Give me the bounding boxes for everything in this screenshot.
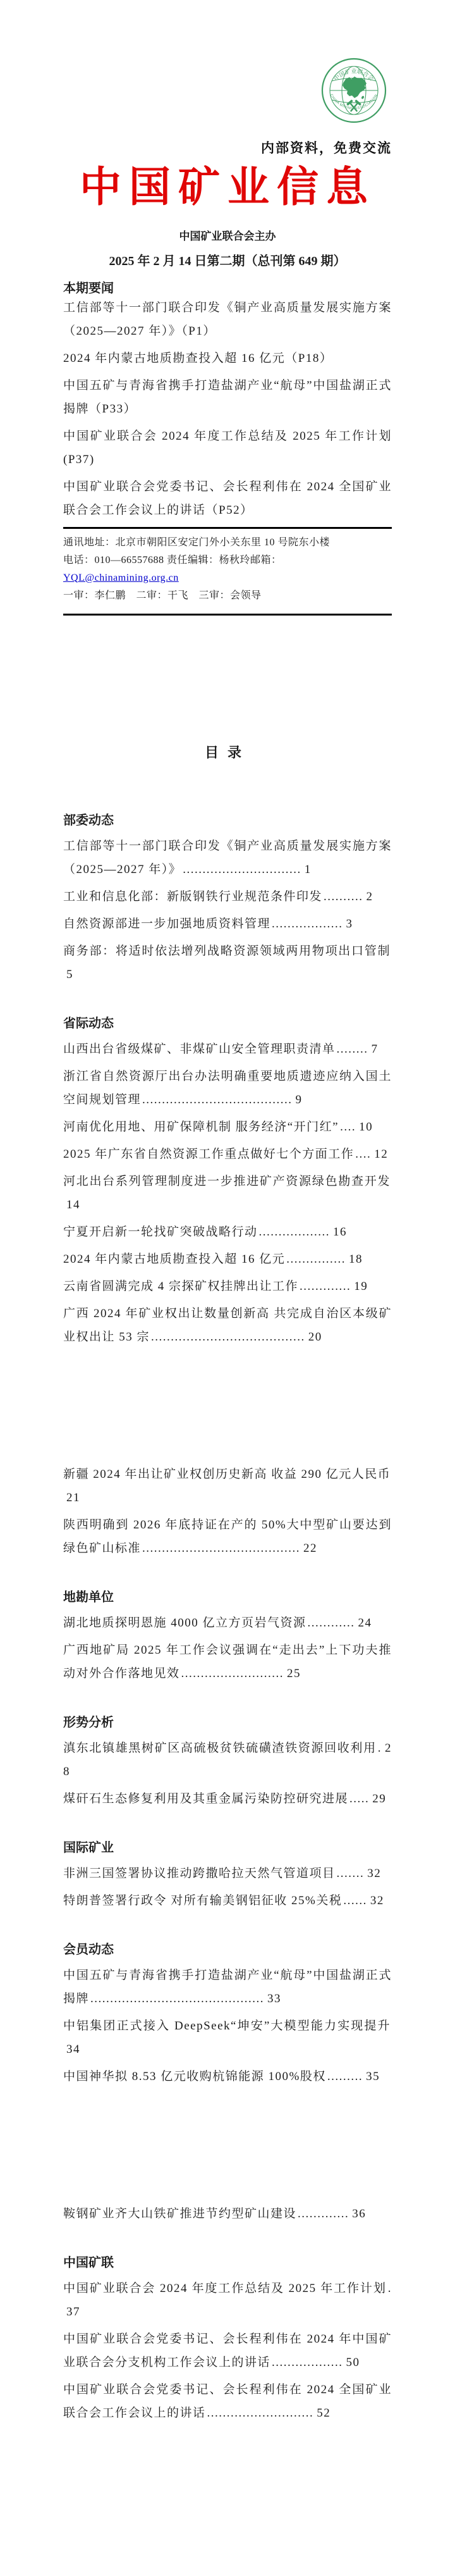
toc-section: 会员动态中国五矿与青海省携手打造盐湖产业“航母”中国盐湖正式揭牌........…: [63, 1939, 392, 2226]
china-map-shape: [343, 77, 367, 98]
toc-entry-dots: .............: [296, 2207, 349, 2220]
contact-box: 通讯地址：北京市朝阳区安定门外小关东里 10 号院东小楼 电话：010—6655…: [63, 527, 392, 616]
toc-section-heading: 形势分析: [63, 1712, 392, 1730]
toc-entry-page: 9: [293, 1093, 303, 1106]
toc-entry: 2025 年广东省自然资源工作重点做好七个方面工作....12: [63, 1142, 392, 1166]
toc-entry-dots: ..................: [270, 917, 343, 931]
toc-entry-title: 中铝集团正式接入 DeepSeek“坤安”大模型能力实现提升: [63, 2019, 391, 2033]
toc-entry-page: 5: [63, 968, 73, 981]
toc-entry-page: 12: [371, 1148, 388, 1161]
internal-note: 内部资料，免费交流: [63, 138, 392, 157]
toc-entry: 河北出台系列管理制度进一步推进矿产资源绿色勘查开发14: [63, 1170, 392, 1217]
toc-section: 形势分析滇东北镇雄黑树矿区高硫极贫铁硫磺渣铁资源回收利用.28煤矸石生态修复利用…: [63, 1712, 392, 1811]
toc-section-heading: 会员动态: [63, 1939, 392, 1957]
toc-entry-dots: .: [377, 1742, 382, 1755]
toc-entry-dots: ..........: [322, 890, 363, 903]
toc-entry-page: 33: [264, 1992, 281, 2005]
highlight-item: 工信部等十一部门联合印发《铜产业高质量发展实施方案（2025—2027 年）》（…: [63, 296, 392, 343]
toc-entry-dots: ..................: [258, 1225, 331, 1239]
toc-entry-dots: [391, 1175, 392, 1188]
toc-entry-dots: .....: [348, 1792, 369, 1805]
toc-entry-page: 16: [330, 1225, 347, 1239]
toc-section: 省际动态山西出台省级煤矿、非煤矿山安全管理职责清单........7浙江省自然资…: [63, 1013, 392, 1560]
toc-entry-dots: ..........................: [180, 1667, 284, 1680]
toc-entry-title: 湖北地质探明恩施 4000 亿立方页岩气资源: [63, 1616, 306, 1630]
toc-entry-dots: ......................................: [141, 1093, 293, 1106]
toc-entry-page: 29: [369, 1792, 386, 1805]
toc-entry-page: 2: [363, 890, 373, 903]
toc-section: 部委动态工信部等十一部门联合印发《铜产业高质量发展实施方案（2025—2027 …: [63, 810, 392, 986]
toc-entry: 广西地矿局 2025 年工作会议强调在“走出去”上下功夫推动对外合作落地见效..…: [63, 1638, 392, 1685]
toc-entry-dots: [391, 1468, 392, 1481]
toc-entry-title: 工业和信息化部：新版钢铁行业规范条件印发: [63, 890, 322, 903]
highlights-heading: 本期要闻: [63, 278, 392, 296]
toc-entry: 陕西明确到 2026 年底持证在产的 50%大中型矿山要达到绿色矿山标准....…: [63, 1513, 392, 1560]
china-mining-association-logo: 中国矿业联合会 CHINA MINING ASSOCIATION: [321, 56, 387, 125]
newsletter-page: 中国矿业联合会 CHINA MINING ASSOCIATION 内部资料，免费…: [0, 0, 455, 2576]
toc-entry-title: 煤矸石生态修复利用及其重金属污染防控研究进展: [63, 1792, 348, 1805]
toc-entry-dots: .........: [326, 2070, 363, 2083]
toc-entry-dots: ........................................…: [89, 1992, 264, 2005]
toc-entry-page: 35: [363, 2070, 380, 2083]
toc-section-heading: 部委动态: [63, 810, 392, 828]
toc-entry-title: 河北出台系列管理制度进一步推进矿产资源绿色勘查开发: [63, 1175, 391, 1188]
toc-entry: 新疆 2024 年出让矿业权创历史新高 收益 290 亿元人民币21: [63, 1463, 392, 1509]
highlight-item: 中国矿业联合会党委书记、会长程利伟在 2024 全国矿业联合会工作会议上的讲话（…: [63, 475, 392, 522]
toc-entry-dots: .............: [298, 1280, 351, 1293]
toc-section-heading: 省际动态: [63, 1013, 392, 1031]
toc-entry-dots: ....: [339, 1120, 356, 1134]
toc-entry: 工业和信息化部：新版钢铁行业规范条件印发..........2: [63, 885, 392, 908]
toc-entry-page: 20: [305, 1330, 322, 1344]
toc-entry-title: 鞍钢矿业齐大山铁矿推进节约型矿山建设: [63, 2207, 296, 2220]
toc-entry: 鞍钢矿业齐大山铁矿推进节约型矿山建设.............36: [63, 2202, 392, 2226]
email-link[interactable]: YQL@chinamining.org.cn: [63, 573, 179, 583]
highlight-item: 2024 年内蒙古地质勘查投入超 16 亿元（P18）: [63, 347, 392, 370]
toc-entry-title: 2024 年内蒙古地质勘查投入超 16 亿元: [63, 1253, 285, 1266]
toc-entry: 宁夏开启新一轮找矿突破战略行动..................16: [63, 1220, 392, 1244]
toc-entry-dots: ..................: [270, 2356, 343, 2369]
toc-sections: 部委动态工信部等十一部门联合印发《铜产业高质量发展实施方案（2025—2027 …: [63, 810, 392, 2425]
toc-entry-title: 滇东北镇雄黑树矿区高硫极贫铁硫磺渣铁资源回收利用: [63, 1742, 377, 1755]
toc-entry-dots: ............: [306, 1616, 355, 1630]
toc-entry: 商务部：将适时依法增列战略资源领域两用物项出口管制5: [63, 939, 392, 986]
page-title: 中国矿业信息: [63, 162, 392, 214]
toc-section-heading: 中国矿联: [63, 2252, 392, 2270]
toc-entry-page: 1: [301, 863, 312, 876]
toc-entry-dots: [391, 944, 392, 958]
toc-entry: 浙江省自然资源厅出台办法明确重要地质遗迹应纳入国土空间规划管理.........…: [63, 1065, 392, 1112]
toc-section-heading: 国际矿业: [63, 1837, 392, 1855]
toc-entry: 河南优化用地、用矿保障机制 服务经济“开门红”....10: [63, 1115, 392, 1139]
toc-section-heading: 地勘单位: [63, 1587, 392, 1605]
toc-entry-page: 22: [300, 1542, 317, 1555]
toc-entry-dots: ..............................: [181, 863, 301, 876]
toc-entry-page: 14: [63, 1198, 80, 1211]
toc-entry: 湖北地质探明恩施 4000 亿立方页岩气资源............24: [63, 1611, 392, 1635]
toc-entry-title: 山西出台省级煤矿、非煤矿山安全管理职责清单: [63, 1043, 336, 1056]
toc-entry-title: 2025 年广东省自然资源工作重点做好七个方面工作: [63, 1148, 354, 1161]
toc-entry-dots: ....: [354, 1148, 371, 1161]
toc-entry-title: 河南优化用地、用矿保障机制 服务经济“开门红”: [63, 1120, 339, 1134]
toc-entry-page: 18: [346, 1253, 363, 1266]
highlight-item: 中国矿业联合会 2024 年度工作总结及 2025 年工作计划(P37): [63, 424, 392, 471]
toc-entry: 特朗普签署行政令 对所有输美钢铝征收 25%关税......32: [63, 1889, 392, 1912]
toc-entry: 中国矿业联合会党委书记、会长程利伟在 2024 全国矿业联合会工作会议上的讲话.…: [63, 2378, 392, 2425]
contact-phone-editor: 电话：010—66557688 责任编辑：杨秋玲邮箱：: [63, 555, 282, 566]
toc-entry-title: 自然资源部进一步加强地质资料管理: [63, 917, 270, 931]
toc-entry-dots: ...............: [285, 1253, 346, 1266]
toc-entry-page: 21: [63, 1491, 80, 1504]
toc-entry: 自然资源部进一步加强地质资料管理..................3: [63, 912, 392, 936]
toc-entry-dots: ........................................: [141, 1542, 300, 1555]
toc-entry-page: 50: [343, 2356, 360, 2369]
toc-entry-page: 10: [356, 1120, 373, 1134]
toc-section: 国际矿业非洲三国签署协议推动跨撒哈拉天然气管道项目.......32特朗普签署行…: [63, 1837, 392, 1912]
toc-entry-page: 7: [368, 1043, 379, 1056]
toc-entry-dots: ...........................: [206, 2406, 314, 2420]
toc-entry-title: 中国矿业联合会 2024 年度工作总结及 2025 年工作计划: [63, 2282, 387, 2295]
toc-entry: 中铝集团正式接入 DeepSeek“坤安”大模型能力实现提升34: [63, 2014, 392, 2061]
highlights-list: 工信部等十一部门联合印发《铜产业高质量发展实施方案（2025—2027 年）》（…: [63, 296, 392, 522]
toc-entry-page: 52: [313, 2406, 331, 2420]
toc-entry: 云南省圆满完成 4 宗探矿权挂牌出让工作.............19: [63, 1275, 392, 1298]
toc-entry-page: 32: [367, 1894, 384, 1907]
publisher-line: 中国矿业联合会主办: [63, 227, 392, 243]
toc-entry: 广西 2024 年矿业权出让数量创新高 共完成自治区本级矿业权出让 53 宗..…: [63, 1302, 392, 1349]
contact-phone-line: 电话：010—66557688 责任编辑：杨秋玲邮箱：YQL@chinamini…: [63, 552, 392, 587]
toc-entry: 中国神华拟 8.53 亿元收购杭锦能源 100%股权.........35: [63, 2065, 392, 2088]
toc-entry-title: 云南省圆满完成 4 宗探矿权挂牌出让工作: [63, 1280, 298, 1293]
toc-entry: 非洲三国签署协议推动跨撒哈拉天然气管道项目.......32: [63, 1862, 392, 1885]
toc-entry-page: 37: [63, 2305, 80, 2319]
toc-entry-title: 特朗普签署行政令 对所有输美钢铝征收 25%关税: [63, 1894, 342, 1907]
toc-entry-page: 36: [349, 2207, 366, 2220]
toc-section: 中国矿联中国矿业联合会 2024 年度工作总结及 2025 年工作计划.37中国…: [63, 2252, 392, 2425]
toc-entry-title: 商务部：将适时依法增列战略资源领域两用物项出口管制: [63, 944, 391, 958]
toc-entry-page: 32: [364, 1867, 381, 1880]
toc-entry-page: 24: [355, 1616, 372, 1630]
toc-entry-dots: .......: [336, 1867, 365, 1880]
toc-section: 地勘单位湖北地质探明恩施 4000 亿立方页岩气资源............24…: [63, 1587, 392, 1685]
contact-address: 通讯地址：北京市朝阳区安定门外小关东里 10 号院东小楼: [63, 534, 392, 552]
toc-entry-dots: .: [387, 2282, 392, 2295]
toc-entry-dots: ......: [342, 1894, 367, 1907]
toc-entry-page: 25: [284, 1667, 301, 1680]
toc-entry-page: 34: [63, 2043, 80, 2056]
toc-entry-title: 宁夏开启新一轮找矿突破战略行动: [63, 1225, 258, 1239]
toc-entry: 中国矿业联合会 2024 年度工作总结及 2025 年工作计划.37: [63, 2277, 392, 2324]
toc-title: 目录: [63, 742, 392, 762]
toc-entry-page: 3: [343, 917, 353, 931]
toc-entry-title: 新疆 2024 年出让矿业权创历史新高 收益 290 亿元人民币: [63, 1468, 391, 1481]
toc-entry: 煤矸石生态修复利用及其重金属污染防控研究进展.....29: [63, 1787, 392, 1811]
toc-entry: 中国矿业联合会党委书记、会长程利伟在 2024 年中国矿业联合会分支机构工作会议…: [63, 2327, 392, 2374]
toc-entry: 2024 年内蒙古地质勘查投入超 16 亿元...............18: [63, 1248, 392, 1271]
issue-line: 2025 年 2 月 14 日第二期（总刊第 649 期）: [63, 251, 392, 269]
toc-entry-page: 19: [351, 1280, 368, 1293]
contact-reviewers: 一审：李仁鹏 二审：干飞 三审：会领导: [63, 587, 392, 605]
toc-entry: 滇东北镇雄黑树矿区高硫极贫铁硫磺渣铁资源回收利用.28: [63, 1737, 392, 1783]
toc-entry-dots: [391, 2019, 392, 2033]
toc-entry: 中国五矿与青海省携手打造盐湖产业“航母”中国盐湖正式揭牌............…: [63, 1964, 392, 2010]
toc-entry: 山西出台省级煤矿、非煤矿山安全管理职责清单........7: [63, 1037, 392, 1061]
logo-container: 中国矿业联合会 CHINA MINING ASSOCIATION: [63, 0, 392, 125]
highlight-item: 中国五矿与青海省携手打造盐湖产业“航母”中国盐湖正式揭牌（P33）: [63, 374, 392, 421]
toc-entry: 工信部等十一部门联合印发《铜产业高质量发展实施方案（2025—2027 年）》.…: [63, 834, 392, 881]
toc-entry-title: 非洲三国签署协议推动跨撒哈拉天然气管道项目: [63, 1867, 336, 1880]
toc-entry-dots: .......................................: [150, 1330, 305, 1344]
toc-entry-dots: ........: [336, 1043, 368, 1056]
toc-entry-title: 中国神华拟 8.53 亿元收购杭锦能源 100%股权: [63, 2070, 326, 2083]
